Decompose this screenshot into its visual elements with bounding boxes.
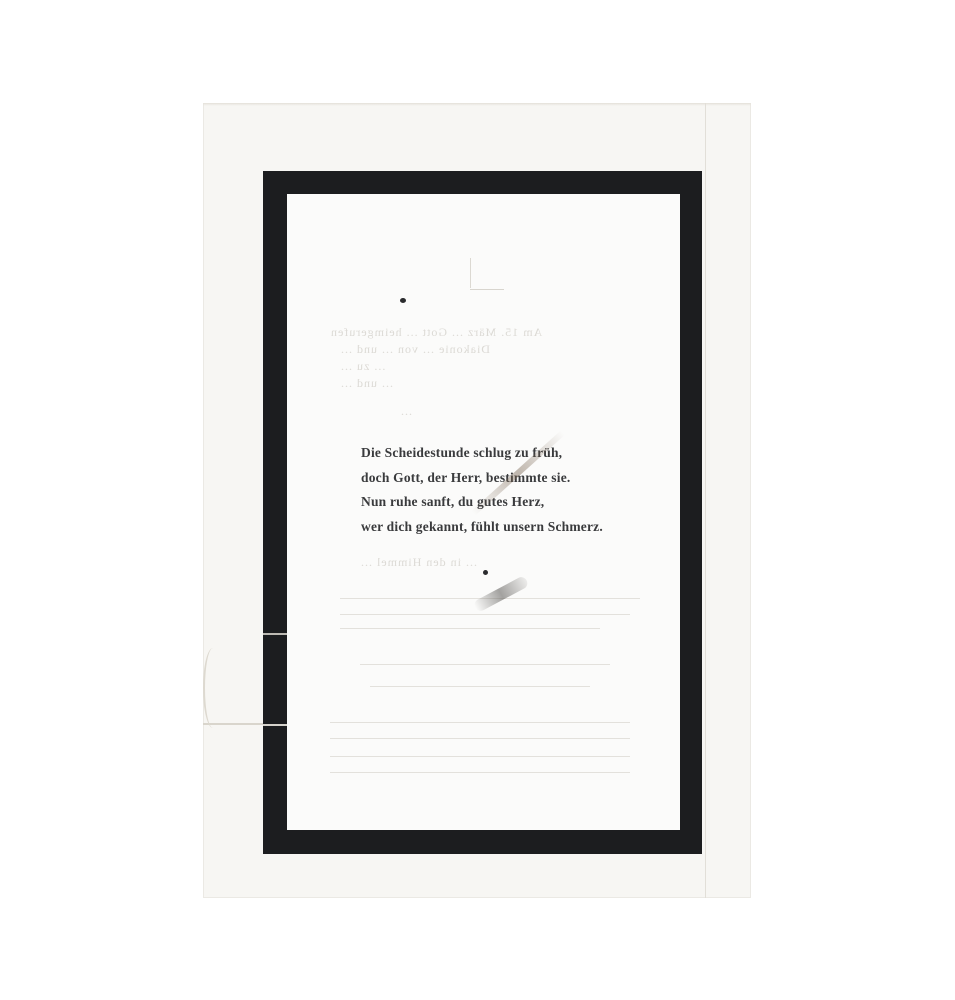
border-crease-mark	[263, 724, 287, 726]
ghost-text-line: ...	[400, 404, 412, 419]
ghost-text-block	[340, 614, 630, 615]
ghost-text-line: Am 15. März ... Gott ... heimgerufen	[330, 325, 542, 340]
scanned-document: Am 15. März ... Gott ... heimgerufen Dia…	[0, 0, 955, 1000]
ghost-text-block	[370, 686, 590, 687]
memorial-verse: Die Scheidestunde schlug zu früh, doch G…	[361, 441, 603, 540]
ghost-text-block	[330, 756, 630, 757]
ink-spot	[483, 570, 488, 575]
ghost-rule	[470, 289, 504, 290]
verse-line-4: wer dich gekannt, fühlt unsern Schmerz.	[361, 515, 603, 540]
ink-spot	[400, 298, 406, 303]
paper-top-edge	[203, 103, 751, 106]
ghost-text-block	[360, 664, 610, 665]
ghost-text-line: ... zu ...	[340, 359, 385, 374]
border-scratch	[263, 633, 287, 635]
ghost-text-block	[330, 722, 630, 723]
edge-wear	[203, 648, 223, 728]
verse-line-2: doch Gott, der Herr, bestimmte sie.	[361, 466, 603, 491]
vertical-fold-line	[705, 103, 706, 898]
ghost-mark	[470, 258, 471, 288]
ghost-text-line: ... in den Himmel ...	[360, 555, 477, 570]
ghost-text-block	[330, 738, 630, 739]
ghost-text-block	[330, 772, 630, 773]
ghost-text-line: Diakonie ... von ... und ...	[340, 342, 490, 357]
ghost-text-line: ... und ...	[340, 376, 393, 391]
ghost-text-block	[340, 628, 600, 629]
verse-line-1: Die Scheidestunde schlug zu früh,	[361, 441, 603, 466]
